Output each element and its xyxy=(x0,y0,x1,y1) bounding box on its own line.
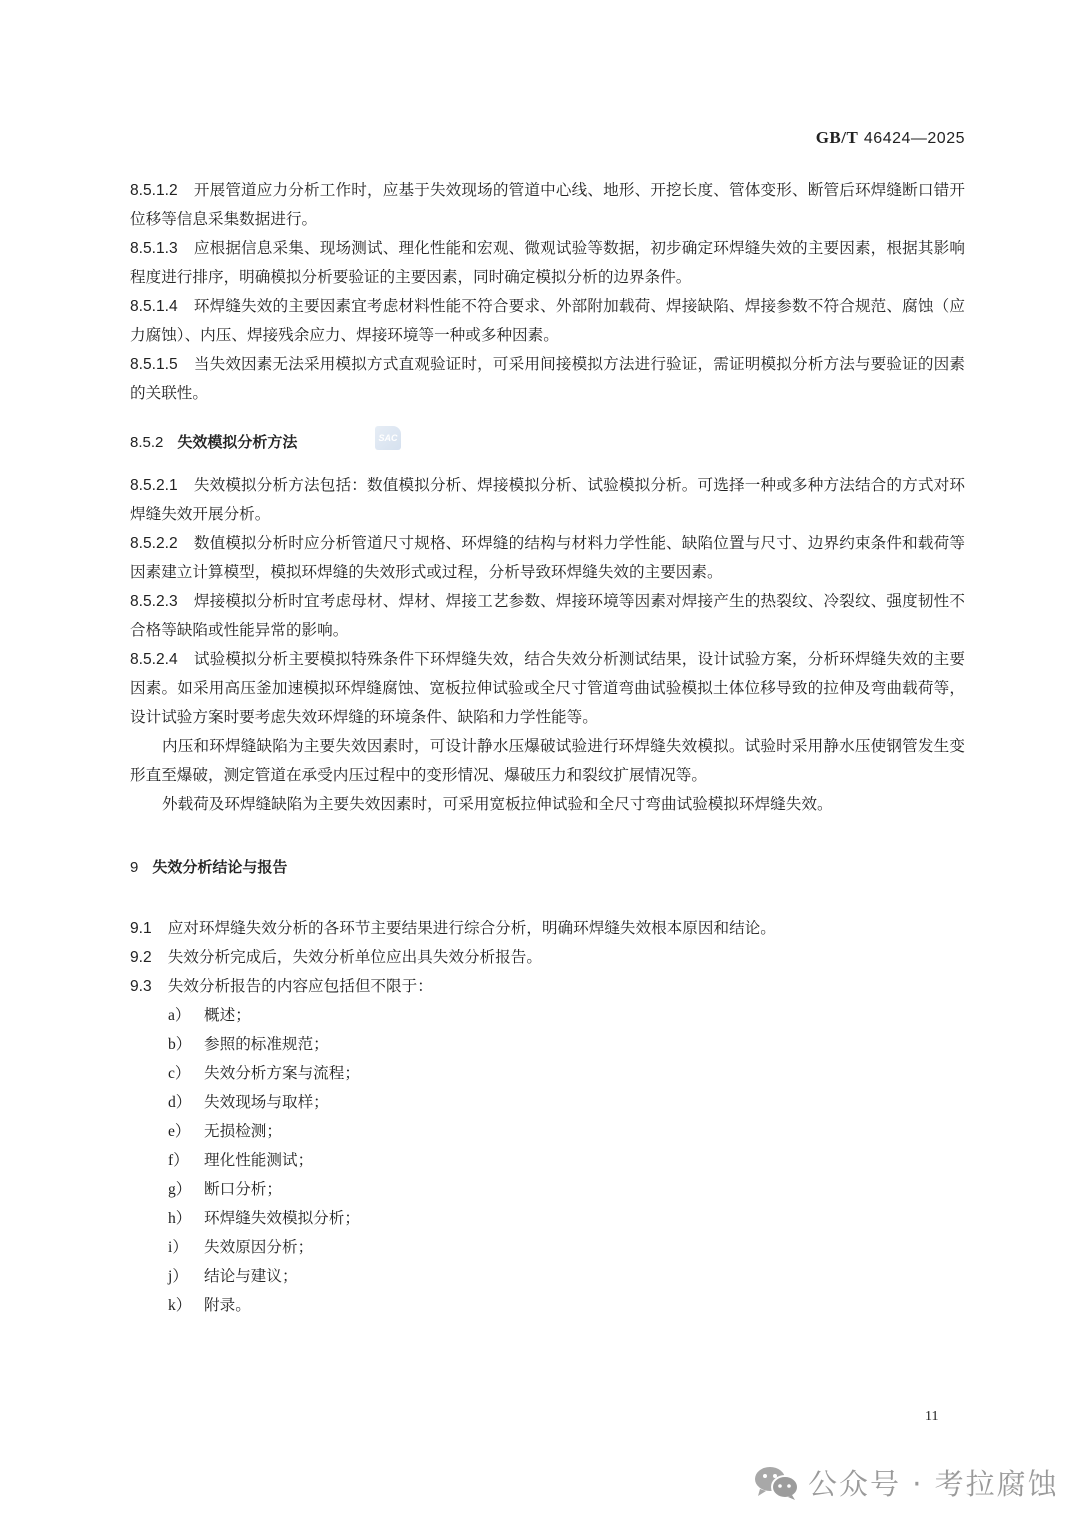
clause-8-5-1-2: 8.5.1.2开展管道应力分析工作时，应基于失效现场的管道中心线、地形、开挖长度… xyxy=(130,176,965,234)
list-item: i）失效原因分析； xyxy=(130,1233,965,1262)
list-item: c）失效分析方案与流程； xyxy=(130,1059,965,1088)
item-text: 结论与建议； xyxy=(204,1267,298,1285)
clause-text: 焊接模拟分析时宜考虑母材、焊材、焊接工艺参数、焊接环境等因素对焊接产生的热裂纹、… xyxy=(130,592,965,639)
clause-text: 数值模拟分析时应分析管道尺寸规格、环焊缝的结构与材料力学性能、缺陷位置与尺寸、边… xyxy=(130,534,965,581)
list-item: b）参照的标准规范； xyxy=(130,1030,965,1059)
list-item: g）断口分析； xyxy=(130,1175,965,1204)
item-text: 失效现场与取样； xyxy=(204,1093,329,1111)
clause-text: 环焊缝失效的主要因素宜考虑材料性能不符合要求、外部附加载荷、焊接缺陷、焊接参数不… xyxy=(130,297,965,344)
item-label: j） xyxy=(168,1262,204,1291)
item-text: 参照的标准规范； xyxy=(204,1035,329,1053)
heading-8-5-2: 8.5.2失效模拟分析方法 SAC xyxy=(130,428,965,457)
wechat-icon xyxy=(754,1465,800,1501)
heading-title: 失效模拟分析方法 xyxy=(177,433,297,451)
item-text: 概述； xyxy=(204,1006,251,1024)
document-body: 8.5.1.2开展管道应力分析工作时，应基于失效现场的管道中心线、地形、开挖长度… xyxy=(130,176,965,1320)
clause-text: 试验模拟分析主要模拟特殊条件下环焊缝失效，结合失效分析测试结果，设计试验方案，分… xyxy=(130,650,965,726)
clause-number: 8.5.1.4 xyxy=(130,298,178,315)
clause-number: 8.5.2.2 xyxy=(130,535,178,552)
clause-text: 当失效因素无法采用模拟方式直观验证时，可采用间接模拟方法进行验证，需证明模拟分析… xyxy=(130,355,965,402)
clause-text: 应根据信息采集、现场测试、理化性能和宏观、微观试验等数据，初步确定环焊缝失效的主… xyxy=(130,239,965,286)
item-label: k） xyxy=(168,1291,204,1320)
clause-number: 9.3 xyxy=(130,978,152,995)
item-label: g） xyxy=(168,1175,204,1204)
paragraph-hydrostatic-test: 内压和环焊缝缺陷为主要失效因素时，可设计静水压爆破试验进行环焊缝失效模拟。试验时… xyxy=(130,732,965,790)
item-text: 无损检测； xyxy=(204,1122,282,1140)
list-item: f）理化性能测试； xyxy=(130,1146,965,1175)
clause-number: 8.5.1.3 xyxy=(130,240,178,257)
list-item: d）失效现场与取样； xyxy=(130,1088,965,1117)
standard-number: 46424—2025 xyxy=(864,130,965,147)
watermark-text: 公众号 · 考拉腐蚀 xyxy=(808,1462,1059,1503)
clause-number: 8.5.1.5 xyxy=(130,356,178,373)
paragraph-wide-plate-test: 外载荷及环焊缝缺陷为主要失效因素时，可采用宽板拉伸试验和全尺寸弯曲试验模拟环焊缝… xyxy=(130,790,965,819)
item-text: 失效原因分析； xyxy=(204,1238,313,1256)
item-label: f） xyxy=(168,1146,204,1175)
page-number: 11 xyxy=(925,1409,938,1425)
item-text: 附录。 xyxy=(204,1296,251,1314)
heading-title: 失效分析结论与报告 xyxy=(152,858,287,876)
standard-prefix: GB/T xyxy=(816,128,859,147)
sac-logo-icon: SAC xyxy=(375,426,401,450)
clause-number: 9.1 xyxy=(130,920,152,937)
standard-code: GB/T 46424—2025 xyxy=(816,128,965,148)
clause-number: 8.5.1.2 xyxy=(130,182,178,199)
item-label: c） xyxy=(168,1059,204,1088)
watermark: 公众号 · 考拉腐蚀 xyxy=(754,1462,1059,1503)
clause-text: 失效分析完成后，失效分析单位应出具失效分析报告。 xyxy=(168,948,542,966)
heading-number: 9 xyxy=(130,859,138,876)
clause-8-5-2-2: 8.5.2.2数值模拟分析时应分析管道尺寸规格、环焊缝的结构与材料力学性能、缺陷… xyxy=(130,529,965,587)
list-item: e）无损检测； xyxy=(130,1117,965,1146)
clause-8-5-2-4: 8.5.2.4试验模拟分析主要模拟特殊条件下环焊缝失效，结合失效分析测试结果，设… xyxy=(130,645,965,732)
clause-number: 8.5.2.4 xyxy=(130,651,178,668)
item-label: h） xyxy=(168,1204,204,1233)
item-text: 失效分析方案与流程； xyxy=(204,1064,360,1082)
heading-9: 9失效分析结论与报告 xyxy=(130,853,965,882)
item-label: i） xyxy=(168,1233,204,1262)
item-text: 断口分析； xyxy=(204,1180,282,1198)
item-label: d） xyxy=(168,1088,204,1117)
list-item: j）结论与建议； xyxy=(130,1262,965,1291)
clause-8-5-1-4: 8.5.1.4环焊缝失效的主要因素宜考虑材料性能不符合要求、外部附加载荷、焊接缺… xyxy=(130,292,965,350)
clause-9-2: 9.2失效分析完成后，失效分析单位应出具失效分析报告。 xyxy=(130,943,965,972)
clause-9-3: 9.3失效分析报告的内容应包括但不限于： xyxy=(130,972,965,1001)
list-item: k）附录。 xyxy=(130,1291,965,1320)
list-item: a）概述； xyxy=(130,1001,965,1030)
clause-8-5-1-3: 8.5.1.3应根据信息采集、现场测试、理化性能和宏观、微观试验等数据，初步确定… xyxy=(130,234,965,292)
item-label: b） xyxy=(168,1030,204,1059)
clause-number: 8.5.2.3 xyxy=(130,593,178,610)
clause-8-5-1-5: 8.5.1.5当失效因素无法采用模拟方式直观验证时，可采用间接模拟方法进行验证，… xyxy=(130,350,965,408)
item-text: 理化性能测试； xyxy=(204,1151,313,1169)
clause-8-5-2-3: 8.5.2.3焊接模拟分析时宜考虑母材、焊材、焊接工艺参数、焊接环境等因素对焊接… xyxy=(130,587,965,645)
clause-8-5-2-1: 8.5.2.1失效模拟分析方法包括：数值模拟分析、焊接模拟分析、试验模拟分析。可… xyxy=(130,471,965,529)
clause-number: 8.5.2.1 xyxy=(130,477,178,494)
clause-text: 失效模拟分析方法包括：数值模拟分析、焊接模拟分析、试验模拟分析。可选择一种或多种… xyxy=(130,476,965,523)
clause-text: 失效分析报告的内容应包括但不限于： xyxy=(168,977,433,995)
clause-number: 9.2 xyxy=(130,949,152,966)
item-text: 环焊缝失效模拟分析； xyxy=(204,1209,360,1227)
clause-text: 开展管道应力分析工作时，应基于失效现场的管道中心线、地形、开挖长度、管体变形、断… xyxy=(130,181,965,228)
item-label: e） xyxy=(168,1117,204,1146)
heading-number: 8.5.2 xyxy=(130,434,163,451)
report-contents-list: a）概述； b）参照的标准规范； c）失效分析方案与流程； d）失效现场与取样；… xyxy=(130,1001,965,1320)
clause-9-1: 9.1应对环焊缝失效分析的各环节主要结果进行综合分析，明确环焊缝失效根本原因和结… xyxy=(130,914,965,943)
list-item: h）环焊缝失效模拟分析； xyxy=(130,1204,965,1233)
item-label: a） xyxy=(168,1001,204,1030)
clause-text: 应对环焊缝失效分析的各环节主要结果进行综合分析，明确环焊缝失效根本原因和结论。 xyxy=(168,919,776,937)
